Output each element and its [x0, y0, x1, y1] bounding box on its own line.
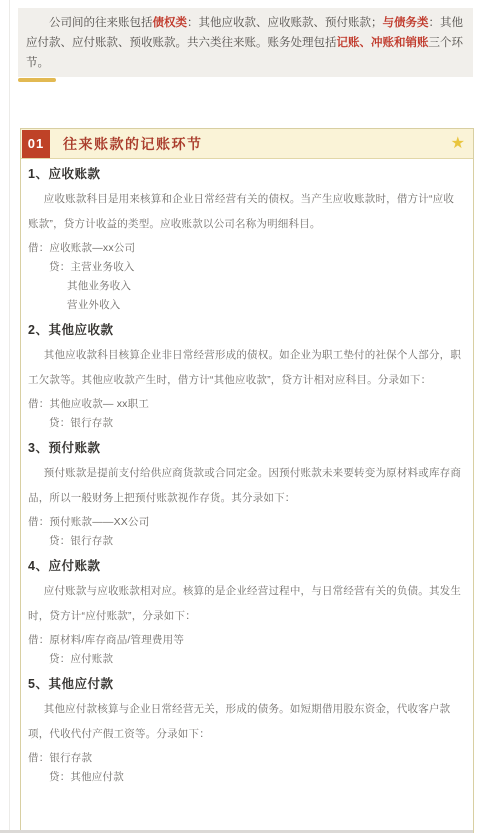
star-icon: ★ [451, 136, 465, 152]
journal-entries: 借：预付账款——XX公司 贷：银行存款 [28, 513, 463, 551]
subsection-heading: 4、应付账款 [28, 559, 463, 574]
page-edge-line [9, 0, 10, 833]
journal-entries: 借：应收账款—xx公司 贷：主营业务收入 其他业务收入 营业外收入 [28, 239, 463, 315]
journal-entry-debit: 借：预付账款——XX公司 [28, 513, 463, 532]
journal-entry-credit: 贷：应付账款 [28, 650, 463, 669]
section-other-payables: 5、其他应付款 其他应付款核算与企业日常经营无关，形成的债务。如短期借用股东资金… [28, 677, 463, 787]
intro-underline-accent [18, 78, 56, 82]
intro-keyword-creditor: 债权类 [153, 17, 188, 29]
journal-entry-credit: 贷：其他应付款 [28, 768, 463, 787]
subsection-heading: 1、应收账款 [28, 167, 463, 182]
section-prepayments: 3、预付账款 预付账款是提前支付给供应商货款或合同定金。因预付账款未来要转变为原… [28, 441, 463, 551]
journal-entry-credit: 贷：主营业务收入 [28, 258, 463, 277]
section-number-badge: 01 [22, 130, 50, 158]
section-header-bar: 01 往来账款的记账环节 ★ [21, 129, 473, 159]
subsection-paragraph: 应收账款科目是用来核算和企业日常经营有关的债权。当产生应收账款时，借方计“应收账… [28, 187, 463, 237]
page: 公司间的往来账包括债权类：其他应收款、应收账款、预付账款；与债务类：其他应付款、… [0, 0, 500, 833]
section-other-receivables: 2、其他应收款 其他应收款科目核算企业非日常经营形成的债权。如企业为职工垫付的社… [28, 323, 463, 433]
journal-entry-credit: 营业外收入 [28, 296, 463, 315]
content-card: 01 往来账款的记账环节 ★ 1、应收账款 应收账款科目是用来核算和企业日常经营… [20, 128, 474, 833]
intro-box: 公司间的往来账包括债权类：其他应收款、应收账款、预付账款；与债务类：其他应付款、… [18, 8, 473, 77]
journal-entries: 借：原材料/库存商品/管理费用等 贷：应付账款 [28, 631, 463, 669]
subsection-heading: 5、其他应付款 [28, 677, 463, 692]
subsection-paragraph: 应付账款与应收账款相对应。核算的是企业经营过程中，与日常经营有关的负债。其发生时… [28, 579, 463, 629]
journal-entry-debit: 借：应收账款—xx公司 [28, 239, 463, 258]
section-accounts-receivable: 1、应收账款 应收账款科目是用来核算和企业日常经营有关的债权。当产生应收账款时，… [28, 167, 463, 315]
journal-entries: 借：银行存款 贷：其他应付款 [28, 749, 463, 787]
journal-entry-debit: 借：其他应收款— xx职工 [28, 395, 463, 414]
subsection-paragraph: 其他应付款核算与企业日常经营无关，形成的债务。如短期借用股东资金，代收客户款项，… [28, 697, 463, 747]
section-title: 往来账款的记账环节 [63, 134, 203, 154]
journal-entry-credit: 贷：银行存款 [28, 532, 463, 551]
subsection-heading: 2、其他应收款 [28, 323, 463, 338]
journal-entry-debit: 借：原材料/库存商品/管理费用等 [28, 631, 463, 650]
intro-segment: 公司间的往来账包括 [49, 17, 153, 29]
intro-segment: ：其他应收款、应收账款、预付账款； [187, 17, 383, 29]
journal-entry-debit: 借：银行存款 [28, 749, 463, 768]
intro-text: 公司间的往来账包括债权类：其他应收款、应收账款、预付账款；与债务类：其他应付款、… [26, 13, 469, 73]
subsection-paragraph: 其他应收款科目核算企业非日常经营形成的债权。如企业为职工垫付的社保个人部分，职工… [28, 343, 463, 393]
card-body: 1、应收账款 应收账款科目是用来核算和企业日常经营有关的债权。当产生应收账款时，… [21, 159, 473, 787]
journal-entry-credit: 其他业务收入 [28, 277, 463, 296]
journal-entry-credit: 贷：银行存款 [28, 414, 463, 433]
intro-keyword-steps: 记账、冲账和销账 [337, 37, 429, 49]
section-accounts-payable: 4、应付账款 应付账款与应收账款相对应。核算的是企业经营过程中，与日常经营有关的… [28, 559, 463, 669]
journal-entries: 借：其他应收款— xx职工 贷：银行存款 [28, 395, 463, 433]
subsection-heading: 3、预付账款 [28, 441, 463, 456]
intro-keyword-debtor: 与债务类 [383, 17, 429, 29]
subsection-paragraph: 预付账款是提前支付给供应商货款或合同定金。因预付账款未来要转变为原材料或库存商品… [28, 461, 463, 511]
